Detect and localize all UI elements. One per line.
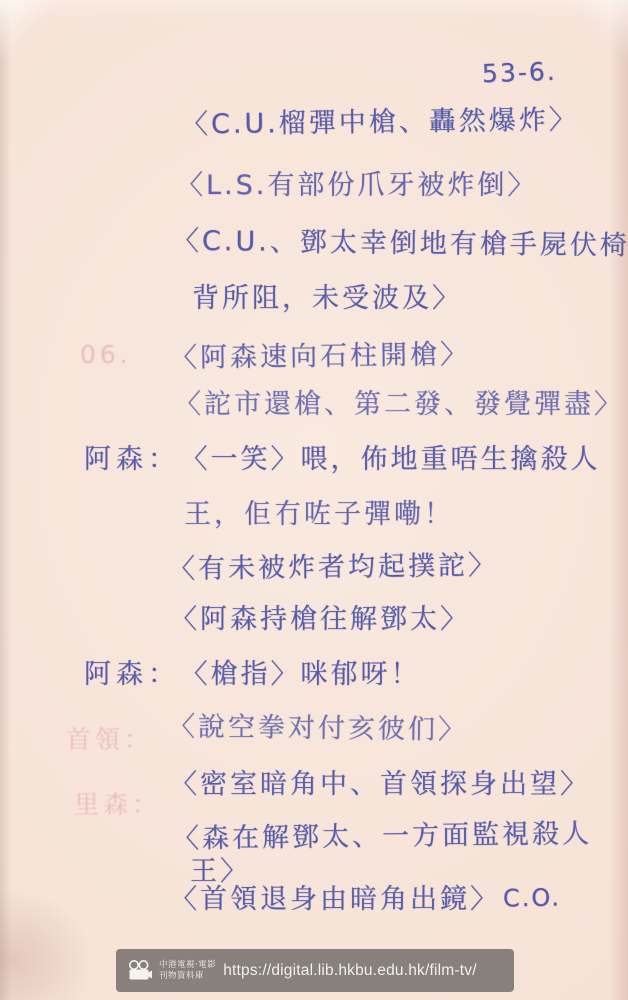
script-line-text: 背所阻，未受波及〉 xyxy=(192,283,462,314)
script-line-text: 〈一笑〉喂，佈地重唔生擒殺人 xyxy=(194,444,601,475)
script-line-text: 〈槍指〉咪郁呀！ xyxy=(194,659,421,690)
script-line-text: 〈說空拳对付亥彼们〉 xyxy=(168,711,468,745)
script-line-text: 〈C.U.榴彈中槍、轟然爆炸〉 xyxy=(181,105,579,141)
script-line: 阿森：〈一笑〉喂，佈地重唔生擒殺人 xyxy=(84,444,601,476)
cut-out-mark: C.O. xyxy=(503,883,561,913)
script-line: 〈阿森持槍往解鄧太〉 xyxy=(170,604,470,636)
script-line: 〈密室暗角中、首領探身出望〉 xyxy=(170,769,590,801)
script-line: 王，佢冇咗子彈嘞！ xyxy=(184,499,454,531)
script-line: 〈C.U.榴彈中槍、轟然爆炸〉 xyxy=(181,105,579,142)
archive-url: https://digital.lib.hkbu.edu.hk/film-tv/ xyxy=(223,962,477,980)
archive-name-line1: 中港電視·電影 xyxy=(159,960,216,971)
speaker-label: 阿森： xyxy=(84,659,180,690)
script-line-text: 〈阿森持槍往解鄧太〉 xyxy=(170,604,470,635)
archive-watermark-bar: 中港電視·電影 刊物資料庫 https://digital.lib.hkbu.e… xyxy=(116,949,514,992)
script-line: 〈C.U.、鄧太幸倒地有槍手屍伏椅 xyxy=(172,226,628,263)
script-line: 〈森在解鄧太、一方面監視殺人 xyxy=(172,818,592,856)
script-line-text: 〈首領退身由暗角出鏡〉 xyxy=(170,884,500,915)
script-line-text: 〈L.S.有部份爪牙被炸倒〉 xyxy=(176,170,537,201)
script-line: 背所阻，未受波及〉 xyxy=(192,283,462,315)
script-line-text: 〈密室暗角中、首領探身出望〉 xyxy=(170,769,590,800)
film-camera-logo-icon xyxy=(126,958,152,984)
script-line: 〈詑市還槍、第二發、發覺彈盡〉 xyxy=(174,389,624,421)
script-line-text: 〈詑市還槍、第二發、發覺彈盡〉 xyxy=(174,389,624,420)
archive-name: 中港電視·電影 刊物資料庫 xyxy=(159,960,216,981)
page-number: 53-6. xyxy=(481,57,557,90)
speaker-label: 阿森： xyxy=(84,444,180,475)
archive-name-line2: 刊物資料庫 xyxy=(159,971,216,982)
script-line-text: 〈C.U.、鄧太幸倒地有槍手屍伏椅 xyxy=(172,226,628,262)
script-line-text: 王〉 xyxy=(190,856,250,887)
script-line-text: 王，佢冇咗子彈嘞！ xyxy=(184,499,454,530)
script-line-text: 〈有未被炸者均起撲詑〉 xyxy=(168,550,498,585)
scanned-script-page: 53-6. 06. 首領： 里森： 〈C.U.榴彈中槍、轟然爆炸〉 〈L.S.有… xyxy=(0,0,628,1000)
script-line: 〈首領退身由暗角出鏡〉 xyxy=(170,884,500,916)
ghost-bleedthrough-speaker-2: 里森： xyxy=(74,785,161,821)
script-line-text: 〈森在解鄧太、一方面監視殺人 xyxy=(172,818,592,854)
script-line-text: 〈阿森速向石柱開槍〉 xyxy=(170,339,470,374)
script-line: 阿森：〈槍指〉咪郁呀！ xyxy=(84,659,421,691)
ghost-bleedthrough-text: 06. xyxy=(80,340,132,369)
script-line: 〈說空拳对付亥彼们〉 xyxy=(168,711,468,747)
script-line: 〈L.S.有部份爪牙被炸倒〉 xyxy=(176,170,537,202)
script-line: 〈有未被炸者均起撲詑〉 xyxy=(168,550,498,586)
script-line: 〈阿森速向石柱開槍〉 xyxy=(170,339,470,375)
ghost-bleedthrough-speaker-1: 首領： xyxy=(66,720,153,756)
